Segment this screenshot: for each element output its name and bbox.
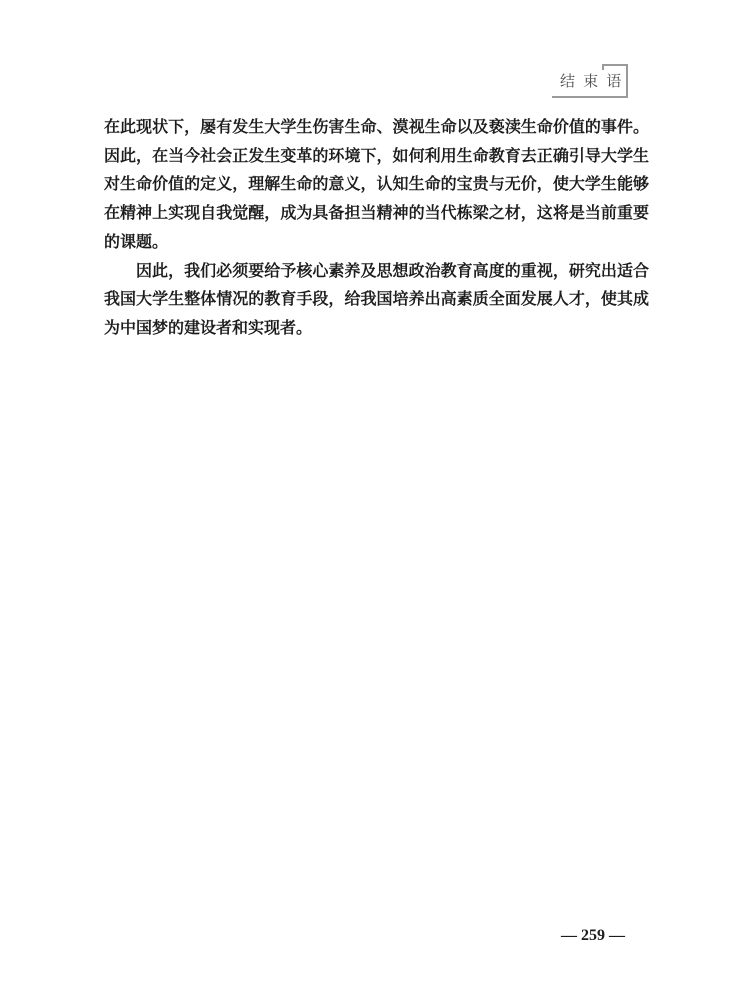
book-page: 结 束 语 在此现状下，屡有发生大学生伤害生命、漠视生命以及亵渎生命价值的事件。…: [0, 0, 745, 1000]
paragraph-1: 在此现状下，屡有发生大学生伤害生命、漠视生命以及亵渎生命价值的事件。因此，在当今…: [104, 114, 649, 258]
paragraph-2: 因此，我们必须要给予核心素养及思想政治教育高度的重视，研究出适合我国大学生整体情…: [104, 258, 649, 344]
running-head-title: 结 束 语: [560, 70, 623, 91]
body-text: 在此现状下，屡有发生大学生伤害生命、漠视生命以及亵渎生命价值的事件。因此，在当今…: [104, 114, 649, 344]
running-head: 结 束 语: [548, 58, 632, 104]
page-number: — 259 —: [528, 927, 658, 945]
